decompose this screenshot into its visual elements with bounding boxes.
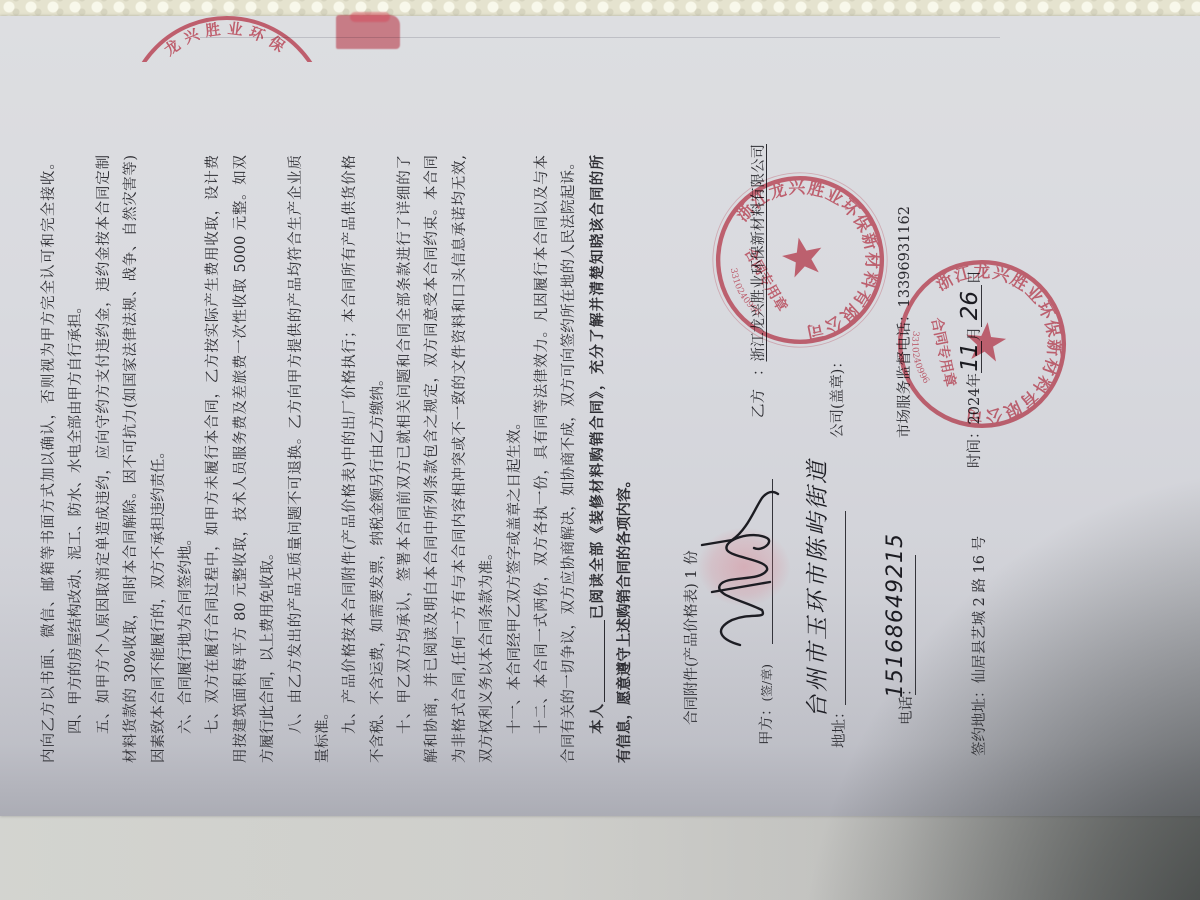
- seal-center-text: 合同专用章: [928, 316, 959, 388]
- party-b-label: 乙方: [745, 389, 773, 418]
- contract-line: 内向乙方以书面、微信、邮箱等书面方式加以确认，否则视为甲方完全认可和完全接收。: [36, 155, 63, 763]
- signing-address: 签约地址：仙居县艺城 2 路 16 号: [966, 536, 994, 756]
- customer-declaration: 本人已阅读全部《装修材料购销合同》，充分了解并清楚知晓该合同的所 有信息，愿意遵…: [584, 155, 639, 763]
- clause-7-fees: 七、双方在履行合同过程中，如甲方未履行本合同，乙方按实际产生费用收取，设计费 用…: [200, 155, 282, 763]
- seam-stamp-fragment: 龙兴胜业环保: [130, 0, 330, 62]
- svg-text:龙兴胜业环保: 龙兴胜业环保: [161, 19, 293, 59]
- contract-text-continued: 内向乙方以书面、微信、邮箱等书面方式加以确认，否则视为甲方完全认可和完全接收。: [36, 155, 63, 763]
- contract-line: 四、甲方的房屋结构改动、泥工、防水、水电全部由甲方自行承担。: [63, 155, 90, 763]
- contract-line: 本人已阅读全部《装修材料购销合同》，充分了解并清楚知晓该合同的所: [584, 155, 611, 763]
- clause-5-breach-penalty: 五、如甲方个人原因取消定单造成违约，应向守约方支付违约金，违约金按本合同定制 材…: [91, 155, 173, 763]
- contract-line: 双方权利义务以本合同条款为准。: [474, 155, 501, 763]
- seam-stamp-text: 龙兴胜业环保: [161, 19, 293, 59]
- party-a-label-group: 甲方：(签/章): [753, 664, 781, 745]
- contract-line: 六、合同履行地为合同签约地。: [173, 155, 200, 763]
- party-a-signature-icon: [692, 470, 787, 655]
- party-a-address-handwritten: 台州市玉环市陈屿街道: [803, 458, 833, 718]
- contract-body: 内向乙方以书面、微信、邮箱等书面方式加以确认，否则视为甲方完全认可和完全接收。 …: [36, 155, 639, 763]
- contract-line: 十、甲乙双方均承认，签署本合同前双方已就相关问题和合同全部条款进行了详细的了: [392, 155, 419, 763]
- contract-line: 方履行此合同，以上费用免收取。: [255, 155, 282, 763]
- declaration-name-blank: [589, 620, 605, 702]
- declaration-prefix: 本人: [589, 702, 606, 734]
- clause-4-structure-costs: 四、甲方的房屋结构改动、泥工、防水、水电全部由甲方自行承担。: [63, 155, 90, 763]
- contract-line: 十二、本合同一式两份，双方各执一份，具有同等法律效力。凡因履行本合同以及与本: [529, 155, 556, 763]
- contract-line: 九、产品价格按本合同附件(产品价格表)中的出厂价格执行；本合同所有产品供货价格: [337, 155, 364, 763]
- contract-line: 用按建筑面积每平方 80 元整收取，技术人员服务费及差旅费一次性收取 5000 …: [228, 155, 255, 763]
- contract-line: 不含税、不含运费，如需要发票，纳税金额另行由乙方缴纳。: [365, 155, 392, 763]
- contract-line: 有信息，愿意遵守上述购销合同的各项内容。: [611, 155, 638, 763]
- company-seal-label: 公司(盖章)：: [824, 354, 852, 438]
- clause-11-effective-date: 十一、本合同经甲乙双方签字或盖章之日起生效。: [502, 155, 529, 763]
- contract-line: 解和协商，并已阅读及明白本合同中所列条款包含之规定，双方同意受本合同约束。本合同: [419, 155, 446, 763]
- contract-line: 材料货款的 30%收取，同时本合同解除。因不可抗力(如国家法律法规、战争、自然灾…: [118, 155, 145, 763]
- party-a-phone-handwritten: 15168649215: [881, 533, 911, 698]
- party-a-label: 甲方：: [759, 702, 775, 746]
- company-seal-stamp: 浙江龙兴胜业环保新材料有限公司 合同专用章 3310240996: [878, 240, 1087, 449]
- contract-line: 八、由乙方发出的产品无质量问题不可退换。乙方向甲方提供的产品均符合生产企业质: [283, 155, 310, 763]
- contract-line: 量标准。: [310, 155, 337, 763]
- contract-line: 五、如甲方个人原因取消定单造成违约，应向守约方支付违约金，违约金按本合同定制: [91, 155, 118, 763]
- clause-8-quality: 八、由乙方发出的产品无质量问题不可退换。乙方向甲方提供的产品均符合生产企业质 量…: [283, 155, 338, 763]
- party-a-address-line: [831, 511, 846, 705]
- seam-stamp-smudge: [350, 12, 390, 22]
- contract-line: 因素致本合同不能履行的，双方不承担违约责任。: [146, 155, 173, 763]
- star-icon: [965, 319, 1011, 366]
- clause-9-pricing: 九、产品价格按本合同附件(产品价格表)中的出厂价格执行；本合同所有产品供货价格 …: [337, 155, 392, 763]
- declaration-text: 已阅读全部《装修材料购销合同》，充分了解并清楚知晓该合同的所: [589, 155, 606, 620]
- contract-line: 为非格式合同,任何一方有与本合同内容相冲突或不一致的文件资料和口头信息承诺均无效…: [447, 155, 474, 763]
- signing-address-label: 签约地址：: [972, 684, 988, 757]
- clause-10-acknowledgement: 十、甲乙双方均承认，签署本合同前双方已就相关问题和合同全部条款进行了详细的了 解…: [392, 155, 502, 763]
- star-icon: [778, 230, 831, 284]
- party-a-sign-hint: (签/章): [760, 664, 774, 701]
- contract-line: 七、双方在履行合同过程中，如甲方未履行本合同，乙方按实际产生费用收取，设计费: [200, 155, 227, 763]
- signing-address-value: 仙居县艺城 2 路 16 号: [972, 536, 988, 684]
- contract-line: 合同有关的一切争议，双方应协商解决，如协商不成，双方可向签约所在地的人民法院起诉…: [556, 155, 583, 763]
- clause-6-place-of-performance: 六、合同履行地为合同签约地。: [173, 155, 200, 763]
- clause-12-copies-disputes: 十二、本合同一式两份，双方各执一份，具有同等法律效力。凡因履行本合同以及与本 合…: [529, 155, 584, 763]
- contract-line: 十一、本合同经甲乙双方签字或盖章之日起生效。: [502, 155, 529, 763]
